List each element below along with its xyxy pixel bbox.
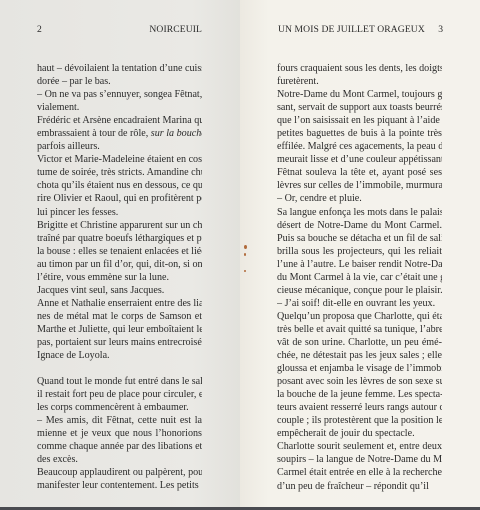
text-line: soupirs – la langue de Notre-Dame du Mon… bbox=[277, 453, 442, 466]
text-line: furetèrent. bbox=[277, 75, 442, 88]
text-line: vât de son urine. Charlotte, un peu émé- bbox=[277, 336, 442, 349]
left-page: 2 NOIRCEUIL haut – dévoilaient la tentat… bbox=[0, 0, 240, 507]
text-line: traîné par quatre boeufs léthargiques et… bbox=[37, 232, 202, 245]
text-line: des excès. bbox=[37, 453, 202, 466]
text-line: Quand tout le monde fut entré dans le sa… bbox=[37, 375, 202, 388]
text-line: teurs avaient resserré leurs rangs autou… bbox=[277, 401, 442, 414]
paragraph: Quand tout le monde fut entré dans le sa… bbox=[37, 375, 202, 414]
text-line: – On ne va pas s’ennuyer, songea Fêtnat,… bbox=[37, 88, 202, 101]
text-line: Anne et Nathalie enserraient entre des l… bbox=[37, 297, 202, 310]
paragraph: Victor et Marie-Madeleine étaient en cos… bbox=[37, 153, 202, 218]
text-line: lui pincer les fesses. bbox=[37, 206, 202, 219]
text-line: – J’ai soif! dit-elle en ouvrant les yeu… bbox=[277, 297, 442, 310]
body-text: fours craquaient sous les dents, les doi… bbox=[277, 62, 442, 493]
paragraph: Frédéric et Arsène encadraient Marina qu… bbox=[37, 114, 202, 153]
right-page: UN MOIS DE JUILLET ORAGEUX 3 fours craqu… bbox=[240, 0, 480, 507]
text-line: Beaucoup applaudirent ou palpèrent, pour bbox=[37, 466, 202, 479]
text-line: Notre-Dame du Mont Carmel, toujours gi- bbox=[277, 88, 442, 101]
paragraph: Sa langue enfonça les mots dans le palai… bbox=[277, 206, 442, 297]
paragraph: Notre-Dame du Mont Carmel, toujours gi-s… bbox=[277, 88, 442, 166]
paragraph: – Or, cendre et pluie. bbox=[277, 192, 442, 205]
gutter-stain bbox=[244, 245, 247, 249]
text-line: tume de soirée, très stricts. Amandine c… bbox=[37, 166, 202, 179]
running-head: UN MOIS DE JUILLET ORAGEUX bbox=[278, 24, 425, 35]
text-line: embrassaient à tour de rôle, sur la bouc… bbox=[37, 127, 202, 140]
text-line: – Mes amis, dit Fêtnat, cette nuit est l… bbox=[37, 414, 202, 427]
text-line: Marthe et Juliette, qui leur emboîtaient… bbox=[37, 323, 202, 336]
paragraph: Charlotte sourit seulement et, entre deu… bbox=[277, 440, 442, 492]
text-line: lèvres sur celles de l’immobile, murmura… bbox=[277, 179, 442, 192]
page-number: 3 bbox=[438, 24, 443, 35]
text-line: haut – dévoilaient la tentation d’une cu… bbox=[37, 62, 202, 75]
text-line: Quelqu’un proposa que Charlotte, qui éta… bbox=[277, 310, 442, 323]
text-line: les corps commencèrent à embaumer. bbox=[37, 401, 202, 414]
gutter-stain bbox=[244, 270, 246, 272]
text-line: l’étire, vous emmène sur la lune. bbox=[37, 271, 202, 284]
page-number: 2 bbox=[37, 24, 42, 35]
text-line: désert de Notre-Dame du Mont Carmel. bbox=[277, 219, 442, 232]
gutter-stain bbox=[244, 253, 246, 256]
text-line: Fêtnat souleva la tête et, ayant posé se… bbox=[277, 166, 442, 179]
text-line: Victor et Marie-Madeleine étaient en cos… bbox=[37, 153, 202, 166]
text-line: petites baguettes de buis à la pointe tr… bbox=[277, 127, 442, 140]
paragraph: Jacques vint seul, sans Jacques. bbox=[37, 284, 202, 297]
paragraph: Quelqu’un proposa que Charlotte, qui éta… bbox=[277, 310, 442, 440]
text-line: dorée – par le bas. bbox=[37, 75, 202, 88]
text-line: fours craquaient sous les dents, les doi… bbox=[277, 62, 442, 75]
body-text: haut – dévoilaient la tentation d’une cu… bbox=[37, 62, 202, 493]
text-line: Charlotte sourit seulement et, entre deu… bbox=[277, 440, 442, 453]
text-line: – Or, cendre et pluie. bbox=[277, 192, 442, 205]
paragraph: – Mes amis, dit Fêtnat, cette nuit est l… bbox=[37, 414, 202, 466]
text-line: Jacques vint seul, sans Jacques. bbox=[37, 284, 202, 297]
text-line: Brigitte et Christine apparurent sur un … bbox=[37, 219, 202, 232]
text-line: posant avec soin les lèvres de son sexe … bbox=[277, 375, 442, 388]
running-head: NOIRCEUIL bbox=[149, 24, 202, 35]
text-line: gloussa et enjamba le visage de l’immobi… bbox=[277, 362, 442, 375]
paragraph: – J’ai soif! dit-elle en ouvrant les yeu… bbox=[277, 297, 442, 310]
text-line: manifester leur contentement. Les petits bbox=[37, 479, 202, 492]
text-line: couple ; ils protestèrent que la positio… bbox=[277, 414, 442, 427]
text-line: Carmel était entrée en elle à la recherc… bbox=[277, 466, 442, 479]
paragraph: – On ne va pas s’ennuyer, songea Fêtnat,… bbox=[37, 88, 202, 114]
text-line: mienne et je veux que nous l’honorions bbox=[37, 427, 202, 440]
paragraph: Beaucoup applaudirent ou palpèrent, pour… bbox=[37, 466, 202, 492]
text-line: effilée. Malgré ces agacements, la peau … bbox=[277, 140, 442, 153]
text-line: chota qu’ils étaient nus en dessous, ce … bbox=[37, 179, 202, 192]
text-line: meurait lisse et d’une couleur appétissa… bbox=[277, 153, 442, 166]
text-line: rire Olivier et Raoul, qui en profitèren… bbox=[37, 192, 202, 205]
text-line: au timon par un fil d’or, qui, dit-on, s… bbox=[37, 258, 202, 271]
paragraph: fours craquaient sous les dents, les doi… bbox=[277, 62, 442, 88]
text-line: Ignace de Loyola. bbox=[37, 349, 202, 362]
paragraph: Fêtnat souleva la tête et, ayant posé se… bbox=[277, 166, 442, 192]
text-line: sant, servait de support aux toasts beur… bbox=[277, 101, 442, 114]
text-line: Puis sa bouche se détacha et un fil de s… bbox=[277, 232, 442, 245]
text-line: il restait fort peu de place pour circul… bbox=[37, 388, 202, 401]
italic-phrase: sur la bouche bbox=[151, 128, 202, 139]
text-line: empêcherait de jouir du spectacle. bbox=[277, 427, 442, 440]
text-line: la bouse : elles se tenaient enlacées et… bbox=[37, 245, 202, 258]
paragraph: Anne et Nathalie enserraient entre des l… bbox=[37, 297, 202, 362]
text-line: la bouche de la jeune femme. Les specta- bbox=[277, 388, 442, 401]
text-line: du Mont Carmel à la vie, car c’était une… bbox=[277, 271, 442, 284]
text-line: comme chaque année par des libations et bbox=[37, 440, 202, 453]
text-line: très belle et avait quitté sa tunique, l… bbox=[277, 323, 442, 336]
text-line: l’une à l’autre. Le baiser rendit Notre-… bbox=[277, 258, 442, 271]
paragraph: Brigitte et Christine apparurent sur un … bbox=[37, 219, 202, 284]
text-line: cieuse mécanique, conçue pour le plaisir… bbox=[277, 284, 442, 297]
paragraph: haut – dévoilaient la tentation d’une cu… bbox=[37, 62, 202, 88]
text-line: Frédéric et Arsène encadraient Marina qu… bbox=[37, 114, 202, 127]
text-line: Sa langue enfonça les mots dans le palai… bbox=[277, 206, 442, 219]
text-line: brilla sous les projecteurs, qui les rel… bbox=[277, 245, 442, 258]
text-line: parfois ailleurs. bbox=[37, 140, 202, 153]
text-line: nes de métal mat le corps de Samson et bbox=[37, 310, 202, 323]
text-line: chée, ne détestait pas les jeux sales ; … bbox=[277, 349, 442, 362]
text-line: vialement. bbox=[37, 101, 202, 114]
text-line: que l’on saisissait en les piquant à l’a… bbox=[277, 114, 442, 127]
text-line: d’un peu de fraîcheur – répondit qu’il bbox=[277, 480, 442, 493]
text-line: pas, portaient sur leurs mains entrecroi… bbox=[37, 336, 202, 349]
book-spread: 2 NOIRCEUIL haut – dévoilaient la tentat… bbox=[0, 0, 480, 507]
